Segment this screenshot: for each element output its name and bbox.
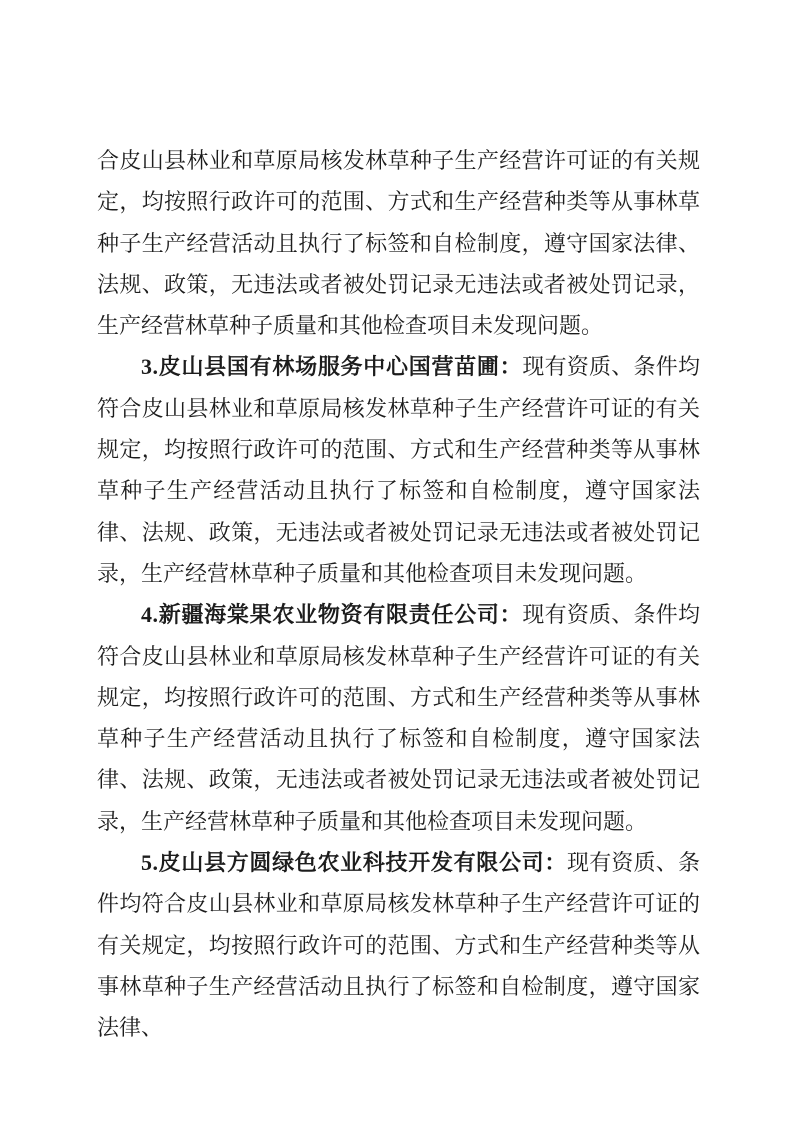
paragraph-text: 现有资质、条件均符合皮山县林业和草原局核发林草种子生产经营许可证的有关规定，均按… (97, 850, 700, 1040)
paragraph-lead: 3.皮山县国有林场服务中心国营苗圃： (141, 354, 522, 379)
document-page: 合皮山县林业和草原局核发林草种子生产经营许可证的有关规定，均按照行政许可的范围、… (0, 0, 793, 1122)
paragraph-text: 现有资质、条件均符合皮山县林业和草原局核发林草种子生产经营许可证的有关规定，均按… (97, 354, 700, 585)
paragraph-item-4: 4.新疆海棠果农业物资有限责任公司：现有资质、条件均符合皮山县林业和草原局核发林… (97, 594, 700, 842)
paragraph-continuation: 合皮山县林业和草原局核发林草种子生产经营许可证的有关规定，均按照行政许可的范围、… (97, 140, 700, 346)
paragraph-lead: 5.皮山县方圆绿色农业科技开发有限公司： (141, 850, 567, 875)
paragraph-text: 合皮山县林业和草原局核发林草种子生产经营许可证的有关规定，均按照行政许可的范围、… (97, 148, 700, 338)
paragraph-item-3: 3.皮山县国有林场服务中心国营苗圃：现有资质、条件均符合皮山县林业和草原局核发林… (97, 346, 700, 594)
paragraph-text: 现有资质、条件均符合皮山县林业和草原局核发林草种子生产经营许可证的有关规定，均按… (97, 602, 700, 833)
paragraph-item-5: 5.皮山县方圆绿色农业科技开发有限公司：现有资质、条件均符合皮山县林业和草原局核… (97, 842, 700, 1048)
document-body: 合皮山县林业和草原局核发林草种子生产经营许可证的有关规定，均按照行政许可的范围、… (97, 140, 700, 1049)
paragraph-lead: 4.新疆海棠果农业物资有限责任公司： (141, 602, 522, 627)
